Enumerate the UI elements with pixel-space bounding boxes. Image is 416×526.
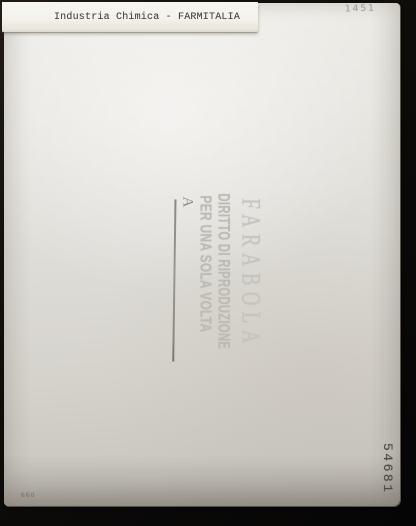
- scan-background: Industria Chimica - FARMITALIA FARABOLA …: [0, 0, 416, 526]
- photo-back-paper: Industria Chimica - FARMITALIA FARABOLA …: [4, 3, 400, 506]
- stamp-agency-name: FARABOLA: [235, 199, 268, 316]
- pencil-note-bottom-left: 660: [21, 492, 36, 499]
- typed-caption-label: Industria Chimica - FARMITALIA: [2, 2, 258, 32]
- caption-text: Industria Chimica - FARMITALIA: [2, 2, 258, 33]
- archive-number-stamp: 54681: [379, 443, 395, 495]
- stamp-signature-line: [172, 199, 176, 361]
- stamp-rights-line: DIRITTO DI RIPRODUZIONE: [215, 194, 234, 304]
- farabola-copyright-stamp: FARABOLA DIRITTO DI RIPRODUZIONE PER UNA…: [163, 191, 268, 361]
- stamp-usage-line: PER UNA SOLA VOLTA: [197, 196, 214, 318]
- pencil-note-top-right: 1451: [345, 3, 376, 14]
- stamp-signature-prefix: A: [180, 197, 195, 361]
